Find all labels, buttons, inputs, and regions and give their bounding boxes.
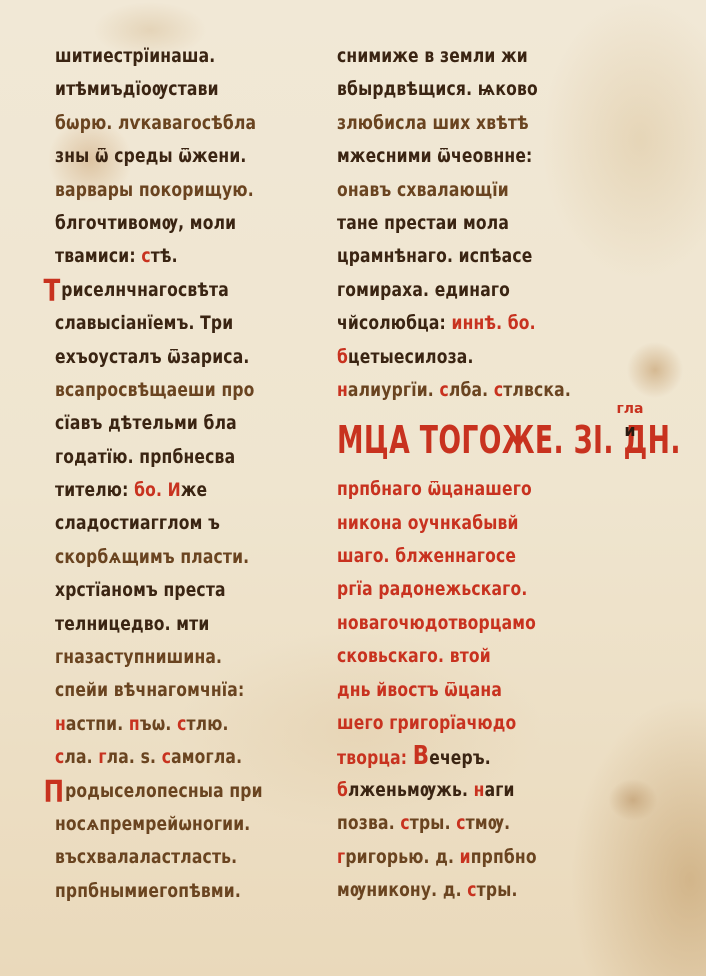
rubric-text: никона оучнкабывй xyxy=(337,512,519,534)
rubric-text: шего григорїачюдо xyxy=(337,712,516,734)
manuscript-line: позва. стры. стмѹ. xyxy=(337,807,554,840)
rubricated-initial: Т xyxy=(44,275,61,308)
manuscript-line: итѣмиъдїоѹстави xyxy=(55,73,272,106)
manuscript-line: блженьмѹжь. наги xyxy=(337,774,554,807)
text-span: хрстїаномъ преста xyxy=(55,579,226,601)
text-span: тлвска. xyxy=(503,379,571,401)
rubric-text: днь йвостъ ѿцана xyxy=(337,679,502,701)
rubric-text: прпбнаго ѿцанашего xyxy=(337,478,532,500)
margin-note-tone: гла xyxy=(612,398,648,420)
manuscript-line: злюбисла ших хвѣтѣ xyxy=(337,107,554,140)
text-span: тлю. xyxy=(186,713,228,735)
text-span: прпбно xyxy=(471,846,537,868)
manuscript-line: вбырдвѣщися. ѩково xyxy=(337,73,554,106)
manuscript-line: никона оучнкабывй xyxy=(337,507,554,540)
text-span: мѹникону. д. xyxy=(337,879,467,901)
feast-heading: МЦА ТОГОЖЕ. ЗІ. ДН. xyxy=(337,407,544,473)
text-span: годатїю. прпбнесва xyxy=(55,446,235,468)
manuscript-page: шитиестрїинаша.итѣмиъдїоѹставибѡрю. лѵка… xyxy=(0,0,706,976)
text-span: прпбнымиегопѣвми. xyxy=(55,880,241,902)
manuscript-line: твамиси: стѣ. xyxy=(55,240,272,273)
rubric-text: н xyxy=(337,379,348,401)
rubric-text: с xyxy=(456,812,465,834)
text-span: алиургїи. xyxy=(348,379,440,401)
rubric-text: с xyxy=(467,879,476,901)
text-span: тры. xyxy=(477,879,518,901)
text-span: тмѹ. xyxy=(466,812,511,834)
text-span: ла. ѕ. xyxy=(107,746,162,768)
text-span: гназаступнишина. xyxy=(55,646,222,668)
text-span: црамнѣнаго. испѣасе xyxy=(337,245,532,267)
margin-note-number: и xyxy=(612,420,648,442)
rubric-initial: В xyxy=(413,741,429,771)
manuscript-line: блгочтивомѹ, моли xyxy=(55,207,272,240)
manuscript-line: сладостиагглом ъ xyxy=(55,507,272,540)
manuscript-line: сла. гла. ѕ. самогла. xyxy=(55,741,272,774)
rubric-text: с xyxy=(400,812,409,834)
manuscript-line: шитиестрїинаша. xyxy=(55,40,272,73)
text-span: варвары покорищую. xyxy=(55,179,254,201)
text-span: бѡрю. лѵкавагосѣбла xyxy=(55,112,256,134)
text-span: тры. xyxy=(410,812,456,834)
rubric-text: творца: xyxy=(337,747,413,769)
text-span: цетыесилоза. xyxy=(348,346,474,368)
rubric-text: п xyxy=(129,713,140,735)
manuscript-line: прпбнымиегопѣвми. xyxy=(55,875,272,908)
manuscript-line: црамнѣнаго. испѣасе xyxy=(337,240,554,273)
manuscript-line: сковьскаго. втой xyxy=(337,640,554,673)
manuscript-line: носѧпремрейѡногии. xyxy=(55,808,272,841)
manuscript-line: бѡрю. лѵкавагосѣбла xyxy=(55,107,272,140)
manuscript-line: настпи. пъѡ. стлю. xyxy=(55,708,272,741)
rubric-text: шаго. блженнагосе xyxy=(337,545,516,567)
manuscript-line: онавъ схвалающїи xyxy=(337,174,554,207)
manuscript-line: мжесними ѿчеовнне: xyxy=(337,140,554,173)
text-span: скорбѧщимъ пласти. xyxy=(55,546,249,568)
rubric-text: б xyxy=(337,346,348,368)
rubric-text: новагочюдотворцамо xyxy=(337,612,536,634)
manuscript-line: днь йвостъ ѿцана xyxy=(337,674,554,707)
text-span: позва. xyxy=(337,812,400,834)
rubric-text: с xyxy=(439,379,448,401)
rubric-text: б xyxy=(337,779,348,801)
manuscript-line: телницедво. мти xyxy=(55,608,272,641)
manuscript-line: мѹникону. д. стры. xyxy=(337,874,554,907)
manuscript-line: бцетыесилоза. xyxy=(337,341,554,374)
rubric-text: бо. И xyxy=(134,479,181,501)
manuscript-line: ехъоусталъ ѿзариса. xyxy=(55,341,272,374)
text-span: мжесними ѿчеовнне: xyxy=(337,145,532,167)
text-span: астпи. xyxy=(66,713,129,735)
manuscript-line: сїавъ дѣтельми бла xyxy=(55,407,272,440)
manuscript-line: шего григорїачюдо xyxy=(337,707,554,740)
text-span: же xyxy=(181,479,207,501)
left-column: шитиестрїинаша.итѣмиъдїоѹставибѡрю. лѵка… xyxy=(55,40,320,908)
manuscript-line: тане престаи мола xyxy=(337,207,554,240)
right-column: снимиже в земли живбырдвѣщися. ѩковозлюб… xyxy=(337,40,602,907)
manuscript-line: новагочюдотворцамо xyxy=(337,607,554,640)
text-span: ригорью. д. xyxy=(345,846,459,868)
manuscript-line: снимиже в земли жи xyxy=(337,40,554,73)
text-span: твамиси: xyxy=(55,245,141,267)
rubric-text: н xyxy=(474,779,485,801)
text-span: амогла. xyxy=(171,746,242,768)
manuscript-line: Триселнчнагосвѣта xyxy=(55,274,272,307)
text-span: злюбисла ших хвѣтѣ xyxy=(337,112,529,134)
manuscript-line: ргїа радонежьскаго. xyxy=(337,573,554,606)
rubric-text: иннѣ. бо. xyxy=(452,312,536,334)
text-span: зны ѿ среды ѿжени. xyxy=(55,145,247,167)
manuscript-line: творца: Вечеръ. xyxy=(337,740,554,773)
text-span: тѣ. xyxy=(151,245,178,267)
manuscript-line: въсхвалаластласть. xyxy=(55,841,272,874)
rubric-text: г xyxy=(98,746,106,768)
text-span: онавъ схвалающїи xyxy=(337,179,509,201)
manuscript-line: тителю: бо. Иже xyxy=(55,474,272,507)
text-span: вбырдвѣщися. ѩково xyxy=(337,78,538,100)
text-span: гомираха. единаго xyxy=(337,279,510,301)
text-span: риселнчнагосвѣта xyxy=(61,279,229,301)
right-column-text-after-heading: прпбнаго ѿцанашегоникона оучнкабывйшаго.… xyxy=(337,473,602,907)
text-span: телницедво. мти xyxy=(55,613,209,635)
text-span: лба. xyxy=(449,379,494,401)
text-span: аги xyxy=(485,779,515,801)
manuscript-line: годатїю. прпбнесва xyxy=(55,441,272,474)
text-span: лженьмѹжь. xyxy=(348,779,474,801)
text-span: тителю: xyxy=(55,479,134,501)
text-span: въсхвалаластласть. xyxy=(55,846,237,868)
text-span: ехъоусталъ ѿзариса. xyxy=(55,346,249,368)
manuscript-line: скорбѧщимъ пласти. xyxy=(55,541,272,574)
manuscript-line: налиургїи. слба. стлвска. xyxy=(337,374,554,407)
text-span: всапросвѣщаеши про xyxy=(55,379,255,401)
manuscript-line: гомираха. единаго xyxy=(337,274,554,307)
text-span: носѧпремрейѡногии. xyxy=(55,813,250,835)
rubricated-initial: П xyxy=(44,776,65,809)
text-span: блгочтивомѹ, моли xyxy=(55,212,236,234)
text-span: сладостиагглом ъ xyxy=(55,512,220,534)
text-span: родыселопесныа при xyxy=(65,780,263,802)
text-span: славысіанїемъ. Три xyxy=(55,312,233,334)
rubric-text: г xyxy=(337,846,345,868)
text-span: ла. xyxy=(64,746,98,768)
rubric-text: сковьскаго. втой xyxy=(337,645,491,667)
manuscript-line: прпбнаго ѿцанашего xyxy=(337,473,554,506)
manuscript-line: Продыселопесныа при xyxy=(55,775,272,808)
manuscript-line: спейи вѣчнагомчнїа: xyxy=(55,674,272,707)
right-column-text-before-heading: снимиже в земли живбырдвѣщися. ѩковозлюб… xyxy=(337,40,602,407)
text-span: ъѡ. xyxy=(140,713,177,735)
text-span: сїавъ дѣтельми бла xyxy=(55,412,237,434)
rubric-text: н xyxy=(55,713,66,735)
rubric-text: с xyxy=(162,746,171,768)
text-span: чйсолюбца: xyxy=(337,312,452,334)
text-span: тане престаи мола xyxy=(337,212,509,234)
manuscript-line: славысіанїемъ. Три xyxy=(55,307,272,340)
text-span: итѣмиъдїоѹстави xyxy=(55,78,219,100)
manuscript-line: григорью. д. ипрпбно xyxy=(337,841,554,874)
rubric-text: с xyxy=(141,245,150,267)
manuscript-line: хрстїаномъ преста xyxy=(55,574,272,607)
text-span: шитиестрїинаша. xyxy=(55,45,215,67)
manuscript-line: чйсолюбца: иннѣ. бо. xyxy=(337,307,554,340)
rubric-text: ргїа радонежьскаго. xyxy=(337,578,527,600)
manuscript-line: зны ѿ среды ѿжени. xyxy=(55,140,272,173)
manuscript-line: гназаступнишина. xyxy=(55,641,272,674)
text-span: снимиже в земли жи xyxy=(337,45,528,67)
text-span: спейи вѣчнагомчнїа: xyxy=(55,679,244,701)
margin-note: гла и xyxy=(612,398,648,442)
rubric-text: с xyxy=(494,379,503,401)
text-span: ечеръ. xyxy=(429,747,491,769)
manuscript-line: всапросвѣщаеши про xyxy=(55,374,272,407)
rubric-text: с xyxy=(177,713,186,735)
rubric-text: и xyxy=(460,846,471,868)
rubric-text: с xyxy=(55,746,64,768)
manuscript-line: шаго. блженнагосе xyxy=(337,540,554,573)
manuscript-line: варвары покорищую. xyxy=(55,174,272,207)
